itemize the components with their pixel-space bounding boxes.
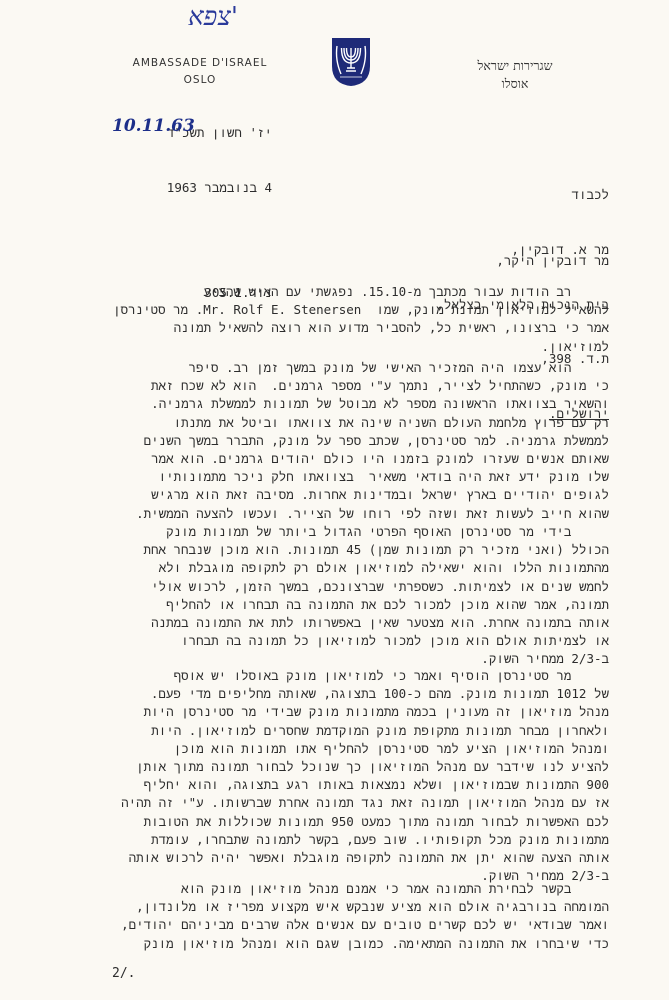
paragraph-line: שהוא חייב לעשות זאת ושזה לפי רוחו של הצי… bbox=[136, 505, 609, 523]
embassy-city-hebrew: אוסלו bbox=[445, 76, 585, 92]
handwritten-annotation: צפא' bbox=[188, 2, 238, 32]
paragraph-line: או לצמיתות אולם הוא מוכן למכור למוזיאון … bbox=[144, 632, 610, 650]
paragraph-line: כדי שיבחרו את התמונה המתאימה. כמובן שגם … bbox=[121, 935, 609, 953]
paragraph-line: רב הודות עבור מכתבך מ-15.10. נפגשתי עם ה… bbox=[113, 283, 609, 301]
paragraph-line: לממשלת גרמניה. למר סטינרסן, שכתב ספר על … bbox=[136, 432, 609, 450]
paragraph-line: לגופים יהודיים בארץ ישראל ובמדינות אחרות… bbox=[136, 486, 609, 504]
israel-emblem-icon bbox=[330, 36, 372, 88]
handwritten-received-date: 10.11.63 bbox=[112, 116, 195, 136]
paragraph-line: ולאחרון מבחר תמונות מתקופת מונק המוקדמת … bbox=[121, 722, 609, 740]
paragraph-line: והשאיר בצוואתו הראשונה מספר לא מבוטל של … bbox=[136, 395, 609, 413]
paragraph-line: לכם האפשרות לבחור תמונה מתוך כמעט 950 תמ… bbox=[121, 813, 609, 831]
paragraph-line: אז עם מנהל המוזיאון תמונה זאת נגד תמונה … bbox=[121, 794, 609, 812]
paragraph-line: מנהל מוזיאון זה מעונין בכמה מתמונות מונק… bbox=[121, 703, 609, 721]
paragraph-line: אותה הצעה שהוא יתן את התמונה לתקופה מוגב… bbox=[121, 849, 609, 867]
paragraph-line: שאותם אנשים שעזרו למונק בזמנו היו כולם י… bbox=[136, 450, 609, 468]
paragraph-line: ואמר שבודאי יש לכם קשרים טובים עם אנשים … bbox=[121, 916, 609, 934]
paragraph-line: הוא עצמו היה המזכיר האישי של מונק במשך ז… bbox=[136, 359, 609, 377]
paragraph-line: בקשר לבחירת התמונה אמר כי אמנם מנהל מוזי… bbox=[121, 880, 609, 898]
paragraph-line: מהתמונות הללו והוא ישאילה למוזיאון אולם … bbox=[144, 559, 610, 577]
paragraph: בקשר לבחירת התמונה אמר כי אמנם מנהל מוזי… bbox=[121, 880, 609, 953]
embassy-city-french: OSLO bbox=[120, 74, 280, 86]
paragraph-line: הכולל (ואני מזכיר רק תמונות שמן) 45 תמונ… bbox=[144, 541, 610, 559]
paragraph-line: מר סטינרסן הוסיף ואמר כי למוזיאון מונק ב… bbox=[121, 667, 609, 685]
salutation: מר דובקין היקר, bbox=[496, 252, 609, 270]
paragraph-line: שלו מונק ידע זאת היה בודאי משאיר בצוואתו… bbox=[136, 468, 609, 486]
paragraph-line: תמונה, אמר שהוא מוכן למכור לכם את התמונה… bbox=[144, 596, 610, 614]
paragraph-line: ומנהל המוזיאון הציע למר סטינרסן להחליף א… bbox=[121, 740, 609, 758]
paragraph-line: 900 התמונות שבמוזיאון ושלא נמצאות באותו … bbox=[121, 776, 609, 794]
page-continuation: 2/. bbox=[112, 965, 135, 983]
paragraph-line: להציע לנו שידבר עם מנהל המוזיאון כך שנוכ… bbox=[121, 758, 609, 776]
paragraph-line: רק עם פרוץ מלחמת העולם השניה שינה את צוו… bbox=[136, 414, 609, 432]
paragraph-line: המומחה בנורבגיה אולם הוא מציע שנבקש איש … bbox=[121, 898, 609, 916]
paragraph: בידי מר סטינרסן האוסף הפרטי הגדול ביותר … bbox=[144, 523, 610, 669]
paragraph-line: ב-2/3 ממחיר השוק. bbox=[144, 650, 610, 668]
paragraph-line: להשאיל למוזיאון תמונת מונק, שמו Mr. Rolf… bbox=[113, 301, 609, 319]
paragraph-line: אמר כי ברצונו, ראשית כל, להסביר מדוע הוא… bbox=[113, 319, 609, 337]
gregorian-date: 4 בנובמבר 1963 bbox=[100, 179, 272, 197]
paragraph-line: מתמונות מונק מכל תקופותיו. שוב פעם, בקשר… bbox=[121, 831, 609, 849]
paragraph-line: לחמש שנים או לצמיתות. כשספרתי שברצונכם, … bbox=[144, 578, 610, 596]
paragraph-line: בידי מר סטינרסן האוסף הפרטי הגדול ביותר … bbox=[144, 523, 610, 541]
paragraph-line: אותה בתמונה אחרת. הוא מצטער שאין באפשרות… bbox=[144, 614, 610, 632]
paragraph: מר סטינרסן הוסיף ואמר כי למוזיאון מונק ב… bbox=[121, 667, 609, 885]
paragraph: הוא עצמו היה המזכיר האישי של מונק במשך ז… bbox=[136, 359, 609, 523]
address-line: לכבוד bbox=[436, 186, 609, 204]
paragraph-line: למוזיאון. bbox=[113, 338, 609, 356]
paragraph-line: של 1012 תמונות מונק. מהם כ-100 בתצוגה, ש… bbox=[121, 685, 609, 703]
embassy-name-french: AMBASSADE D'ISRAEL bbox=[120, 57, 280, 69]
paragraph: רב הודות עבור מכתבך מ-15.10. נפגשתי עם ה… bbox=[113, 283, 609, 356]
embassy-name-hebrew: שגרירות ישראל bbox=[445, 58, 585, 74]
paragraph-line: כי מונק, כשהתחיל לצייר, נתמך ע"י מספר גר… bbox=[136, 377, 609, 395]
